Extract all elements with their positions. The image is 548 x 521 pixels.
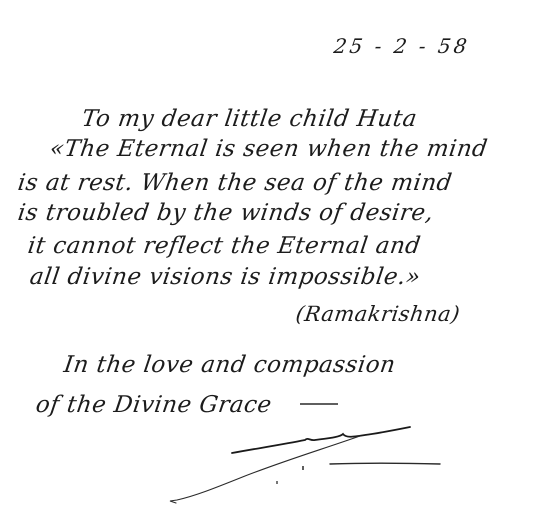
signature-icon [0,0,548,521]
handwritten-letter: 25 - 2 - 58 To my dear little child Huta… [0,0,548,521]
